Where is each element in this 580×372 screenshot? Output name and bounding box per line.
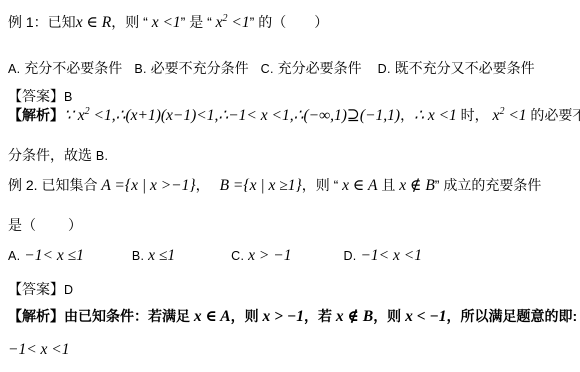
text-segment: D. (343, 249, 356, 263)
text-segment: C. (261, 62, 274, 76)
solution-2-line-2: −1< x <1 (8, 340, 70, 360)
spacer (175, 259, 231, 260)
text-segment: x ∈ R (76, 14, 112, 31)
text-segment: 例 1：已知 (8, 14, 76, 30)
text-segment: ，则 “ (111, 14, 148, 30)
text-segment: B ={x | x ≥1} (220, 177, 302, 194)
document-page: 例 1：已知x ∈ R，则 “ x <1” 是 “ x2 <1” 的（）A. 充… (0, 0, 580, 372)
text-segment: A. (8, 249, 20, 263)
text-segment: <1 (504, 107, 526, 124)
text-segment: −1< x ≤1 (20, 247, 83, 264)
text-segment: 必要不充分条件 (147, 60, 249, 76)
text-segment: x <1 (148, 14, 181, 31)
text-segment: x > −1 (244, 247, 291, 264)
question-1-options: A. 充分不必要条件B. 必要不充分条件C. 充分必要条件D. 既不充分又不必要… (8, 58, 535, 78)
text-segment: ” 是 “ (181, 14, 212, 30)
solution-1-line-1: 【解析】∵ x2 <1,∴(x+1)(x−1)<1,∴−1< x <1,∴(−∞… (8, 105, 580, 125)
text-segment: B. (132, 249, 144, 263)
text-segment: ， (400, 107, 414, 123)
answer-2: 【答案】D (8, 279, 73, 299)
text-segment: x ∈ A (338, 177, 377, 194)
question-2-options: A. −1< x ≤1B. x ≤1C. x > −1D. −1< x <1 (8, 246, 422, 266)
spacer (36, 229, 68, 230)
text-segment: 2 (85, 106, 90, 117)
text-segment: 充分必要条件 (274, 60, 362, 76)
text-segment: x (489, 107, 500, 124)
text-segment: 【解析】 (8, 107, 64, 123)
text-segment: B (64, 90, 73, 104)
spacer (210, 189, 220, 190)
text-segment: C. (231, 249, 244, 263)
text-segment: ，则 (373, 308, 401, 324)
text-segment: 2 (223, 13, 228, 24)
text-segment: 既不充分又不必要条件 (391, 60, 535, 76)
spacer (84, 259, 132, 260)
text-segment: 【答案】 (8, 88, 64, 104)
text-segment: 是（ (8, 217, 36, 233)
solution-2-line-1: 【解析】由已知条件：若满足 x ∈ A，则 x > −1，若 x ∉ B，则 x… (8, 306, 577, 326)
text-segment: −1< x <1 (8, 341, 70, 358)
text-segment: x (212, 14, 223, 31)
question-2-stem-line-1: 例 2. 已知集合 A ={x | x >−1}，B ={x | x ≥1}，则… (8, 175, 541, 195)
text-segment: A. (8, 62, 20, 76)
text-segment: B. (134, 62, 146, 76)
text-segment: ， (196, 177, 210, 193)
spacer (249, 72, 261, 73)
text-segment: <1 (228, 14, 250, 31)
text-segment: 时， (457, 107, 489, 123)
text-segment: ） (68, 217, 82, 233)
text-segment: ” 成立的充要条件 (435, 177, 542, 193)
text-segment: x ∈ A (194, 308, 231, 325)
text-segment: ，则 (231, 308, 259, 324)
text-segment: 的必要不充 (527, 107, 580, 123)
text-segment: ” 的（ (250, 14, 287, 30)
text-segment: ∵ x (64, 107, 85, 124)
text-segment: 例 2. 已知集合 (8, 177, 101, 193)
text-segment: D. (378, 62, 391, 76)
spacer (362, 72, 378, 73)
text-segment: 2 (499, 106, 504, 117)
spacer (286, 26, 314, 27)
answer-1: 【答案】B (8, 86, 73, 106)
text-segment: ，则 “ (302, 177, 339, 193)
text-segment: . (105, 149, 109, 163)
solution-1-line-2: 分条件，故选 B. (8, 145, 108, 165)
text-segment: 分条件，故选 (8, 147, 96, 163)
text-segment: ，所以满足题意的即: (447, 308, 578, 324)
text-segment: A ={x | x >−1} (101, 177, 195, 194)
text-segment: <1,∴(x+1)(x−1)<1,∴−1< x <1,∴(−∞,1)⊇(−1,1… (90, 107, 400, 124)
text-segment: x > −1 (259, 308, 304, 325)
text-segment: x ∉ B (399, 177, 435, 194)
text-segment: −1< x <1 (357, 247, 422, 264)
spacer (122, 72, 134, 73)
text-segment: ） (314, 14, 328, 30)
question-2-stem-line-2: 是（） (8, 215, 82, 235)
text-segment: 且 (377, 177, 399, 193)
question-1-stem: 例 1：已知x ∈ R，则 “ x <1” 是 “ x2 <1” 的（） (8, 12, 328, 32)
text-segment: 充分不必要条件 (20, 60, 122, 76)
text-segment: B (96, 149, 105, 163)
text-segment: x < −1 (401, 308, 446, 325)
text-segment: x ∉ B (332, 308, 373, 325)
text-segment: x ≤1 (144, 247, 175, 264)
text-segment: 【答案】 (8, 281, 64, 297)
text-segment: 【解析】由已知条件：若满足 (8, 308, 194, 324)
text-segment: D (64, 283, 73, 297)
spacer (291, 259, 343, 260)
text-segment: ，若 (304, 308, 332, 324)
text-segment: ∴ x <1 (414, 107, 457, 124)
